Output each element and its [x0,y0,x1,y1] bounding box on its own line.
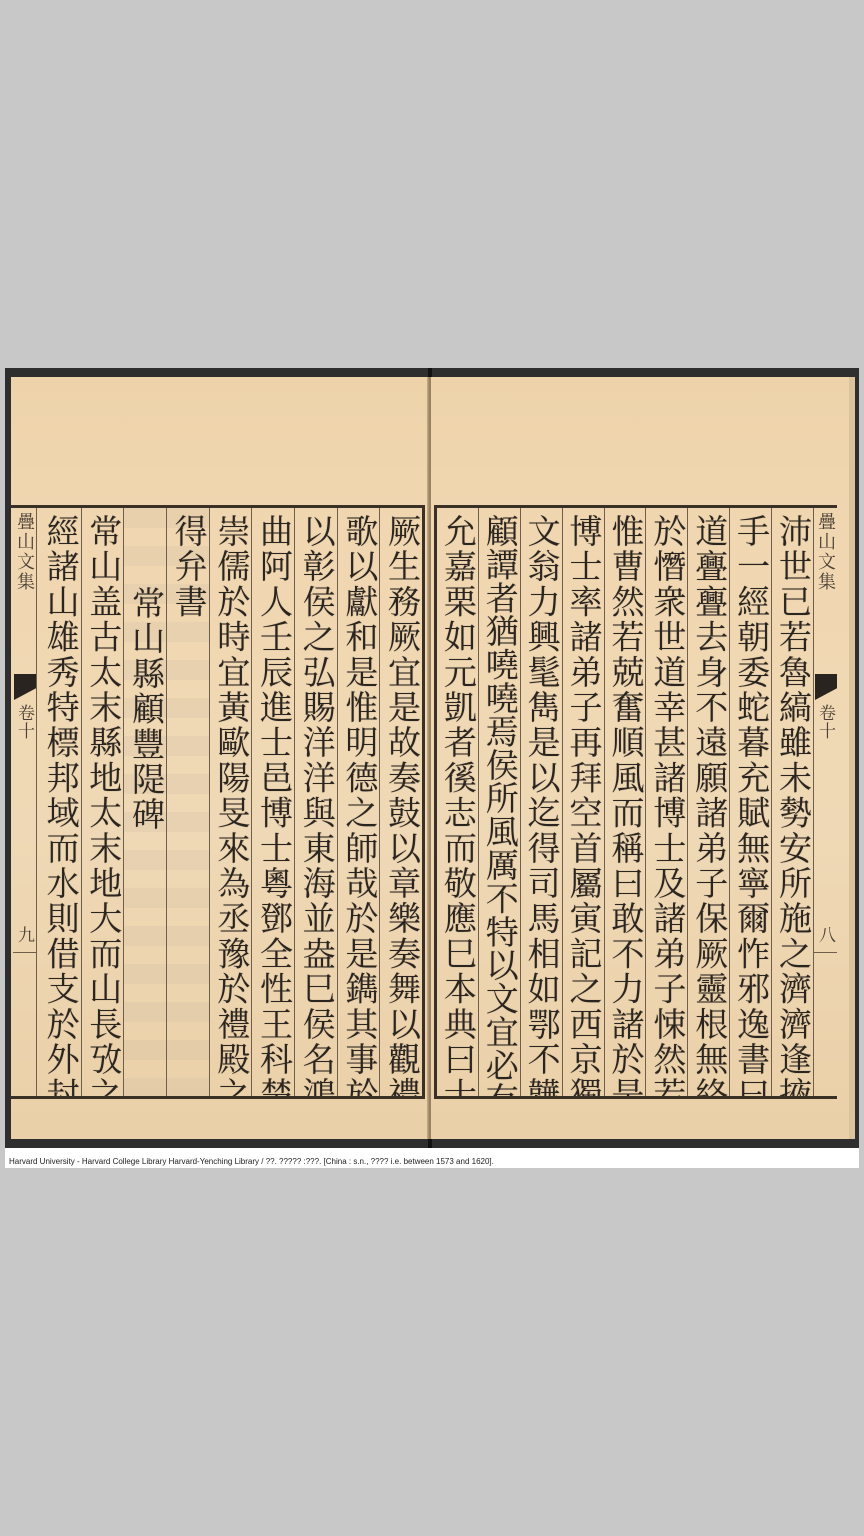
left-page-columns: 厥生務厥宜是故奏鼓以章樂奏舞以觀禮奏 歌以獻和是惟明德之師哉於是鐫其事於石 以彰… [39,508,422,1096]
right-page-columns: 沛世已若魯縞雖未勢安所施之濟濟逢掖徒 手一經朝委蛇暮充賦無寧爾怍邪逸書曰大 道亹… [437,508,813,1096]
text-column: 厥生務厥宜是故奏鼓以章樂奏舞以觀禮奏 [379,508,422,1096]
fishtail-mark-icon [815,674,837,700]
attribution-caption: Harvard University - Harvard College Lib… [5,1148,859,1168]
left-edge-juan: 卷十 [13,704,36,740]
text-column: 常山盖古太末縣地太末地大而山長攷之圖 [81,508,124,1096]
text-column: 允嘉栗如元凱者徯志而敬應巳本典曰士樂 [437,508,478,1096]
left-edge-page-number: 九 [13,926,36,943]
left-page: 疊山文集 卷十 九 厥生務厥宜是故奏鼓以章樂奏舞以觀禮奏 歌以獻和是惟明德之師哉… [11,377,429,1139]
text-column: 博士率諸弟子再拜空首屬寅記之西京獨數 [562,508,604,1096]
spine-top-gap [428,368,432,377]
spine-bottom-gap [428,1139,432,1148]
right-edge-page-number: 八 [814,926,837,943]
text-column-end-of-piece: 得弁書 [166,508,209,1096]
text-column: 曲阿人壬辰進士邑博士粵鄧全性王科楚鄭 [251,508,294,1096]
text-column: 惟曹然若兢奮順風而稱曰敢不力諸於是諸 [604,508,646,1096]
fishtail-mark-icon [14,674,36,700]
text-column: 經諸山雄秀特標邦域而水則借支於外封其 [39,508,81,1096]
text-column: 手一經朝委蛇暮充賦無寧爾怍邪逸書曰大 [729,508,771,1096]
edge-rule [814,952,837,953]
left-page-text-block: 疊山文集 卷十 九 厥生務厥宜是故奏鼓以章樂奏舞以觀禮奏 歌以獻和是惟明德之師哉… [11,505,425,1099]
text-column: 於憯衆世道幸甚諸博士及諸弟子悚然若深 [645,508,687,1096]
text-column: 顧譚者猶嘵嘵焉侯所風厲不特以文宜必有敦 [478,508,520,1096]
left-fore-edge: 疊山文集 卷十 九 [13,508,37,1096]
right-edge-juan: 卷十 [814,704,837,740]
document-viewer: 疊山文集 卷十 九 厥生務厥宜是故奏鼓以章樂奏舞以觀禮奏 歌以獻和是惟明德之師哉… [5,368,859,1168]
book-scan-image: 疊山文集 卷十 九 厥生務厥宜是故奏鼓以章樂奏舞以觀禮奏 歌以獻和是惟明德之師哉… [5,368,859,1148]
edge-rule [13,952,36,953]
text-column: 崇儒於時宜黃歐陽旻來為丞豫於禮殿之會 [209,508,252,1096]
section-title-column: 常山縣顧豐隄碑 [123,508,166,1096]
text-column: 道亹亹去身不遠願諸弟子保厥靈根無終蝕 [687,508,729,1096]
text-column: 沛世已若魯縞雖未勢安所施之濟濟逢掖徒 [771,508,813,1096]
right-fore-edge: 疊山文集 卷十 八 [813,508,837,1096]
right-page-text-block: 沛世已若魯縞雖未勢安所施之濟濟逢掖徒 手一經朝委蛇暮充賦無寧爾怍邪逸書曰大 道亹… [434,505,837,1099]
text-column: 以彰侯之弘賜洋洋與東海並盎巳侯名鴻陽 [294,508,337,1096]
right-edge-book-title: 疊山文集 [814,512,837,592]
text-column: 歌以獻和是惟明德之師哉於是鐫其事於石 [337,508,380,1096]
left-edge-book-title: 疊山文集 [13,512,36,592]
text-column: 文翁力興髦雋是以迄得司馬相如鄂不韡矣 [520,508,562,1096]
right-page: 沛世已若魯縞雖未勢安所施之濟濟逢掖徒 手一經朝委蛇暮充賦無寧爾怍邪逸書曰大 道亹… [431,377,855,1139]
